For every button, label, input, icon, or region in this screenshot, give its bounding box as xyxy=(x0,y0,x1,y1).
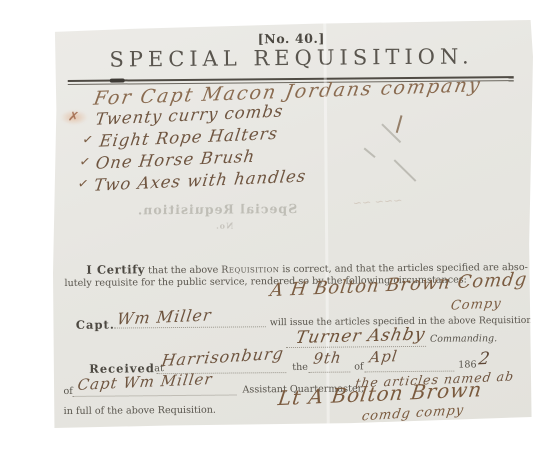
pencil-stroke xyxy=(364,148,376,158)
blank-line xyxy=(114,326,266,328)
form-title: SPECIAL REQUISITION. xyxy=(51,44,531,72)
received-day-handwritten: 9th xyxy=(312,348,343,367)
received-place-handwritten: Harrisonburg xyxy=(160,343,285,370)
bleed-through-title: Special Requisition. xyxy=(137,201,297,217)
scanned-document-image: [No. 40.] SPECIAL REQUISITION. For Capt … xyxy=(0,0,550,452)
received-month-handwritten: Apl xyxy=(368,347,399,366)
commanding-label: Commanding. xyxy=(430,333,497,345)
certify-signature-2: Compy xyxy=(450,296,503,313)
capt-label: Capt. xyxy=(76,318,115,332)
item-checkmark: ✓ xyxy=(81,132,94,148)
capt-name-handwritten: Wm Miller xyxy=(116,305,213,328)
paper-content: [No. 40.] SPECIAL REQUISITION. For Capt … xyxy=(51,18,535,430)
pencil-stroke xyxy=(394,159,417,181)
commander-signature: Turner Ashby xyxy=(294,325,427,348)
received-of: of xyxy=(354,361,363,372)
blank-line xyxy=(72,394,236,396)
item-checkmark: ✓ xyxy=(77,176,90,192)
blank-line xyxy=(308,372,350,373)
certify-lead: I Certify xyxy=(86,262,145,277)
stray-ink-stroke xyxy=(396,115,403,133)
item-checkmark: ✓ xyxy=(79,154,92,170)
bleed-through-number: No. xyxy=(215,221,233,231)
in-full-text: in full of the above Requisition. xyxy=(64,405,216,417)
year-digit-handwritten: 2 xyxy=(477,349,491,370)
received-signature-2: comdg compy xyxy=(361,403,465,424)
certify-line1-pre: that the above xyxy=(145,265,221,277)
received-the: the xyxy=(292,362,308,373)
year-printed: 186 xyxy=(458,359,476,370)
requisition-paper: [No. 40.] SPECIAL REQUISITION. For Capt … xyxy=(53,20,533,428)
item-checkmark: ✗ xyxy=(67,109,80,125)
certify-line1-caps: Requisition xyxy=(221,264,279,276)
header-rule-ink-blob xyxy=(110,78,125,83)
of-label: of xyxy=(63,386,72,397)
